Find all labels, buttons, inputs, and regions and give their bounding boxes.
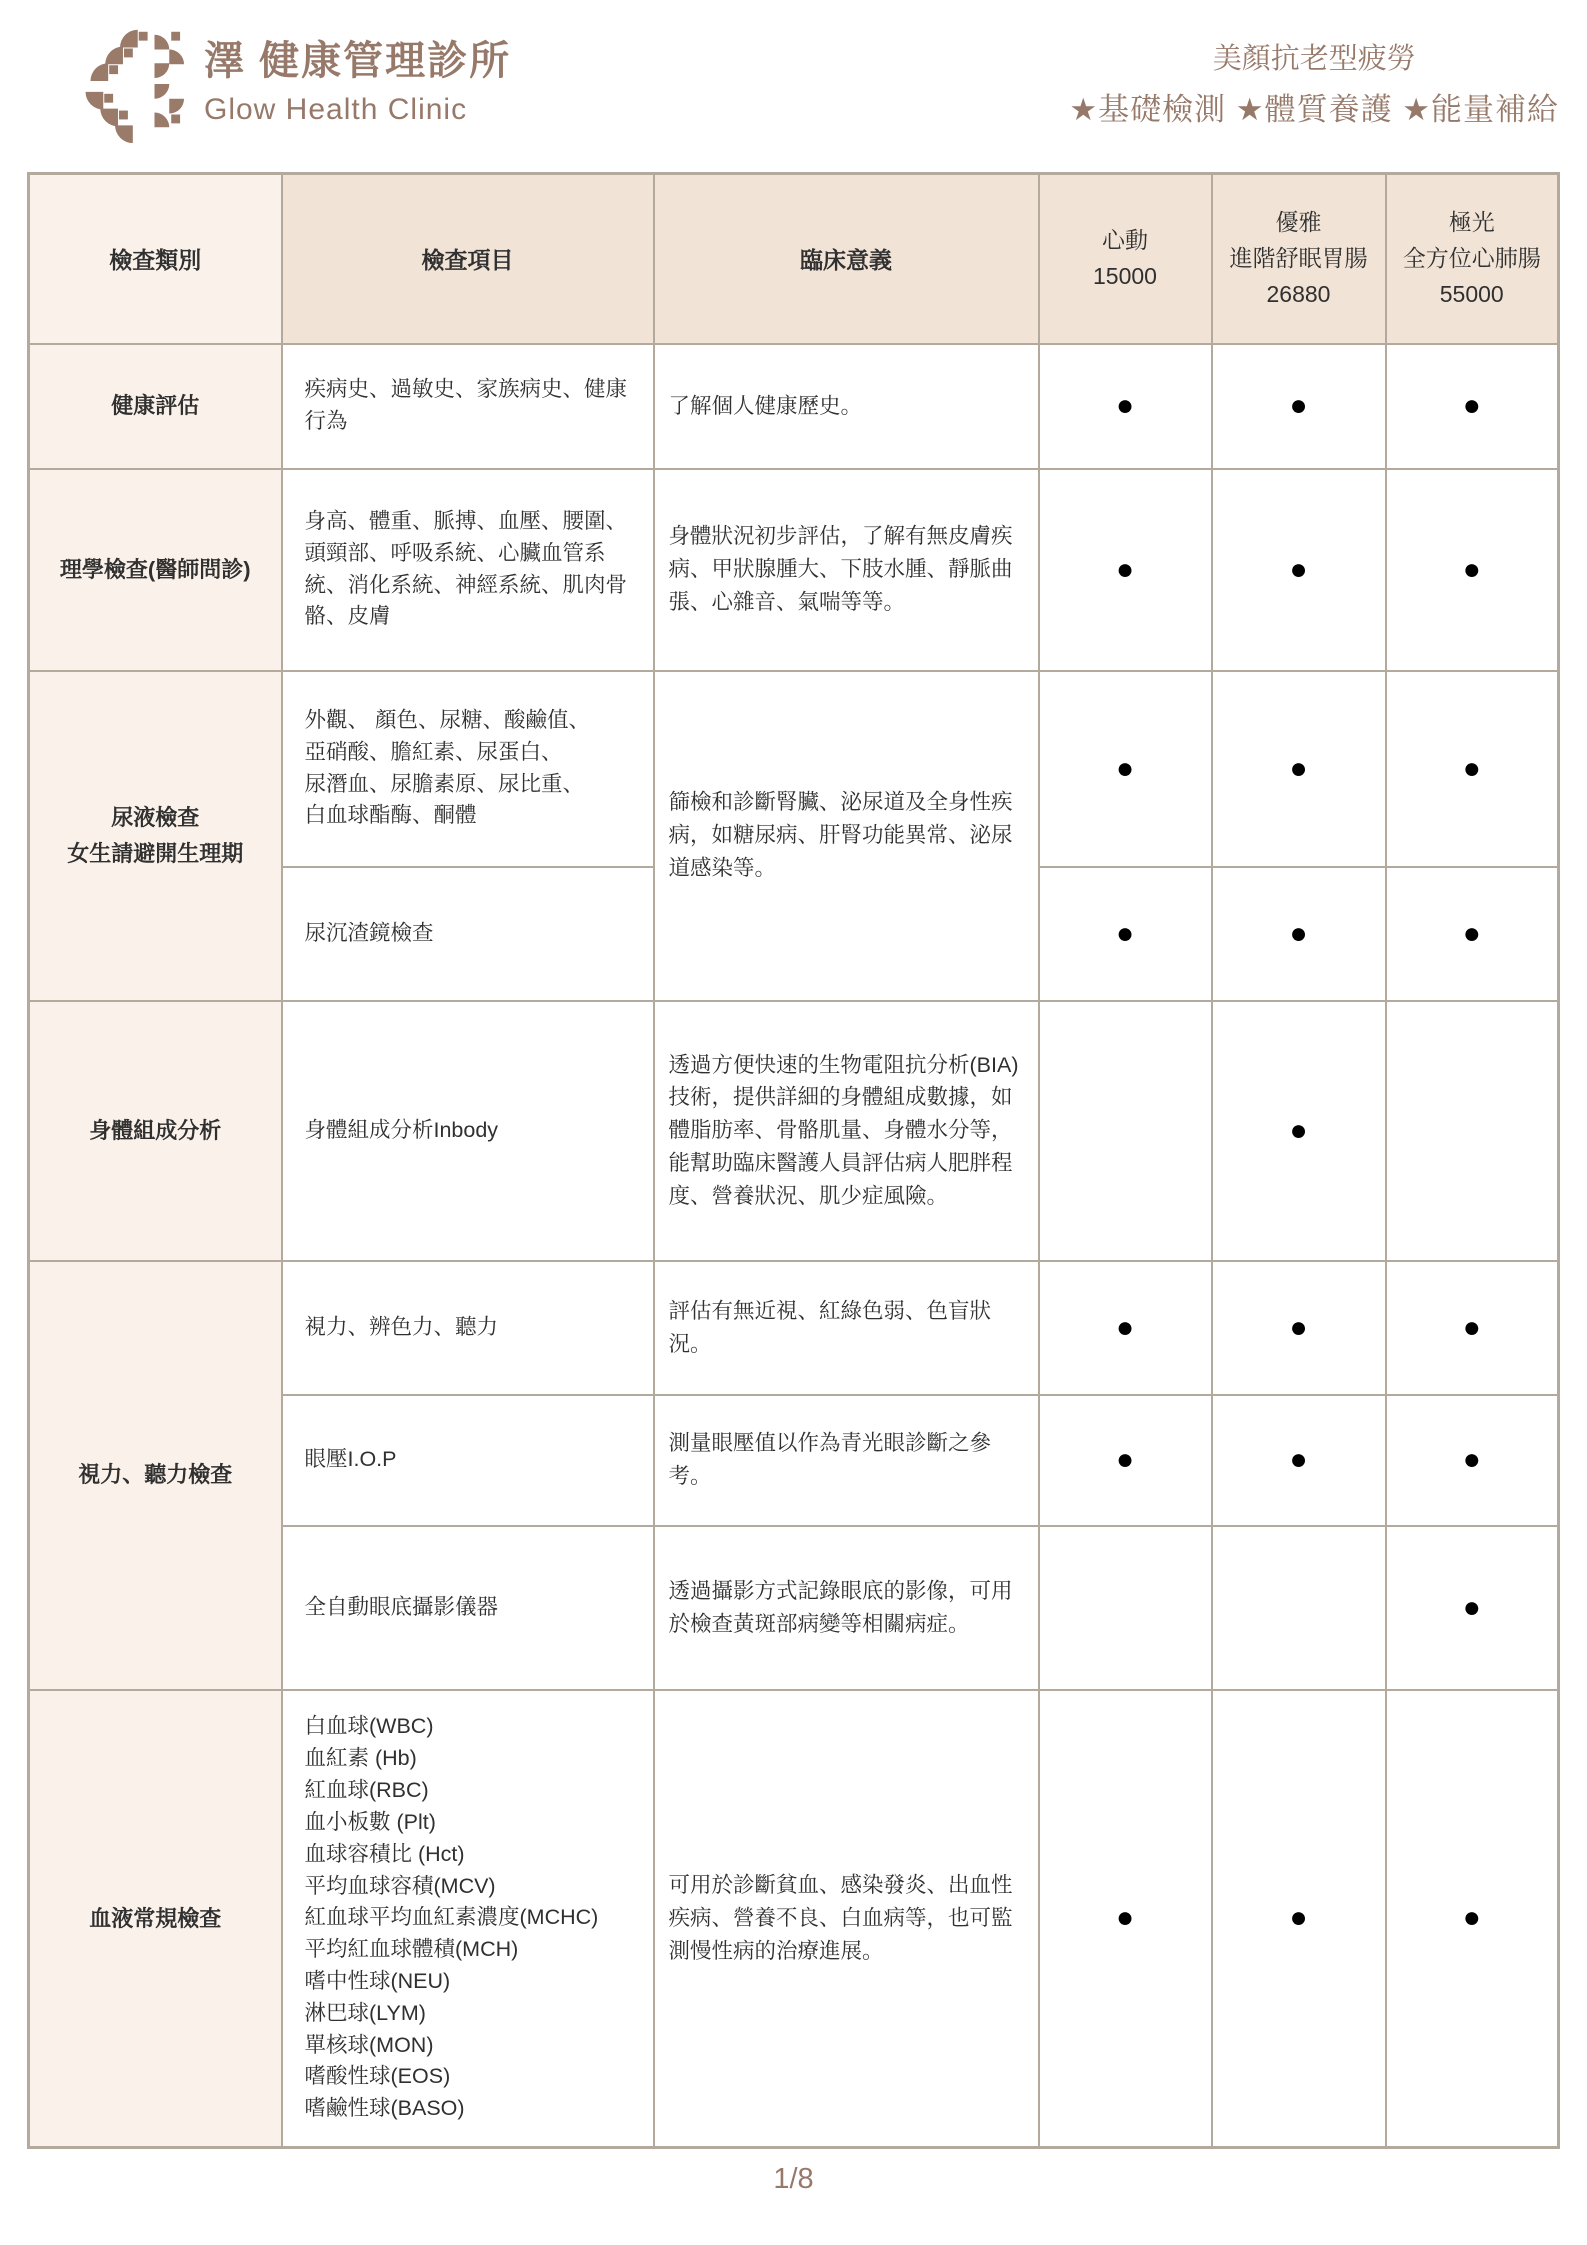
plan-3-mark-cell: ●: [1386, 1261, 1559, 1395]
checkup-comparison-table: 檢查類別 檢查項目 臨床意義 心動 15000 優雅 進階舒眠胃腸 26880 …: [27, 172, 1560, 2149]
header-plan-1: 心動 15000: [1039, 174, 1212, 344]
plan-2-mark-cell: ●: [1212, 1001, 1386, 1261]
category-cell: 尿液檢查 女生請避開生理期: [29, 671, 282, 1001]
header-item: 檢查項目: [282, 174, 654, 344]
plan-2-mark-cell: [1212, 1526, 1386, 1690]
plan-1-mark-cell: ●: [1039, 671, 1212, 867]
item-cell: 白血球(WBC) 血紅素 (Hb) 紅血球(RBC) 血小板數 (Plt) 血球…: [282, 1690, 654, 2148]
plan-1-name: 心動: [1052, 223, 1199, 259]
plan-1-mark-cell: [1039, 1526, 1212, 1690]
page-header: 澤 健康管理診所 Glow Health Clinic 美顏抗老型疲勞 ★基礎檢…: [0, 0, 1587, 172]
plan-3-mark-cell: ●: [1386, 1395, 1559, 1526]
plan-2-mark-cell: ●: [1212, 1261, 1386, 1395]
plan-3-mark-cell: ●: [1386, 469, 1559, 671]
meaning-cell: 了解個人健康歷史。: [654, 344, 1039, 469]
plan-2-price: 26880: [1225, 277, 1373, 313]
plan-3-mark-cell: ●: [1386, 1526, 1559, 1690]
plan-title: 美顏抗老型疲勞: [1069, 40, 1559, 79]
category-cell: 理學檢查(醫師問診): [29, 469, 282, 671]
item-cell: 身體組成分析Inbody: [282, 1001, 654, 1261]
category-cell: 健康評估: [29, 344, 282, 469]
plan-header-block: 美顏抗老型疲勞 ★基礎檢測 ★體質養護 ★能量補給: [1069, 40, 1559, 131]
plan-1-mark-cell: ●: [1039, 1690, 1212, 2148]
page-number: 1/8: [0, 2163, 1587, 2196]
plan-2-mark-cell: ●: [1212, 344, 1386, 469]
table-row: 尿液檢查 女生請避開生理期 外觀、 顏色、尿糖、酸鹼值、 亞硝酸、膽紅素、尿蛋白…: [29, 671, 1559, 867]
clinic-brand: 澤 健康管理診所 Glow Health Clinic: [56, 16, 511, 148]
category-cell: 視力、聽力檢查: [29, 1261, 282, 1690]
header-plan-2: 優雅 進階舒眠胃腸 26880: [1212, 174, 1386, 344]
header-plan-3: 極光 全方位心肺腸 55000: [1386, 174, 1559, 344]
table-row: 視力、聽力檢查 視力、辨色力、聽力 評估有無近視、紅綠色弱、色盲狀況。 ● ● …: [29, 1261, 1559, 1395]
plan-1-mark-cell: ●: [1039, 1261, 1212, 1395]
plan-3-mark-cell: ●: [1386, 671, 1559, 867]
header-meaning: 臨床意義: [654, 174, 1039, 344]
meaning-cell: 測量眼壓值以作為青光眼診斷之參考。: [654, 1395, 1039, 1526]
document-page: 澤 健康管理診所 Glow Health Clinic 美顏抗老型疲勞 ★基礎檢…: [0, 0, 1587, 2245]
plan-2-mark-cell: ●: [1212, 671, 1386, 867]
item-cell: 尿沉渣鏡檢查: [282, 867, 654, 1001]
category-cell: 身體組成分析: [29, 1001, 282, 1261]
plan-2-name: 優雅: [1225, 205, 1373, 241]
item-cell: 視力、辨色力、聽力: [282, 1261, 654, 1395]
clinic-name-zh: 澤 健康管理診所: [204, 37, 511, 85]
plan-2-mark-cell: ●: [1212, 867, 1386, 1001]
plan-3-mark-cell: ●: [1386, 867, 1559, 1001]
table-header-row: 檢查類別 檢查項目 臨床意義 心動 15000 優雅 進階舒眠胃腸 26880 …: [29, 174, 1559, 344]
plan-3-name: 極光: [1399, 205, 1546, 241]
plan-2-mark-cell: ●: [1212, 1395, 1386, 1526]
item-cell: 身高、體重、脈搏、血壓、腰圍、頭頸部、呼吸系統、心臟血管系統、消化系統、神經系統…: [282, 469, 654, 671]
table-row: 血液常規檢查 白血球(WBC) 血紅素 (Hb) 紅血球(RBC) 血小板數 (…: [29, 1690, 1559, 2148]
category-cell: 血液常規檢查: [29, 1690, 282, 2148]
plan-2-mark-cell: ●: [1212, 469, 1386, 671]
plan-1-mark-cell: ●: [1039, 867, 1212, 1001]
clinic-name-en: Glow Health Clinic: [204, 93, 511, 127]
meaning-cell: 可用於診斷貧血、感染發炎、出血性疾病、營養不良、白血病等，也可監測慢性病的治療進…: [654, 1690, 1039, 2148]
plan-3-price: 55000: [1399, 277, 1546, 313]
table-row: 理學檢查(醫師問診) 身高、體重、脈搏、血壓、腰圍、頭頸部、呼吸系統、心臟血管系…: [29, 469, 1559, 671]
table-row: 身體組成分析 身體組成分析Inbody 透過方便快速的生物電阻抗分析(BIA)技…: [29, 1001, 1559, 1261]
item-cell: 外觀、 顏色、尿糖、酸鹼值、 亞硝酸、膽紅素、尿蛋白、 尿潛血、尿膽素原、尿比重…: [282, 671, 654, 867]
plan-features: ★基礎檢測 ★體質養護 ★能量補給: [1069, 89, 1559, 131]
clinic-logo-icon: [56, 16, 186, 148]
meaning-cell: 透過攝影方式記錄眼底的影像，可用於檢查黃斑部病變等相關病症。: [654, 1526, 1039, 1690]
plan-1-mark-cell: ●: [1039, 1395, 1212, 1526]
header-category: 檢查類別: [29, 174, 282, 344]
plan-1-price: 15000: [1052, 259, 1199, 295]
item-cell: 疾病史、過敏史、家族病史、健康行為: [282, 344, 654, 469]
plan-1-mark-cell: [1039, 1001, 1212, 1261]
meaning-cell: 身體狀況初步評估，了解有無皮膚疾病、甲狀腺腫大、下肢水腫、靜脈曲張、心雜音、氣喘…: [654, 469, 1039, 671]
plan-2-subtitle: 進階舒眠胃腸: [1225, 241, 1373, 277]
plan-3-mark-cell: ●: [1386, 1690, 1559, 2148]
plan-3-mark-cell: [1386, 1001, 1559, 1261]
meaning-cell: 篩檢和診斷腎臟、泌尿道及全身性疾病，如糖尿病、肝腎功能異常、泌尿道感染等。: [654, 671, 1039, 1001]
table-row: 健康評估 疾病史、過敏史、家族病史、健康行為 了解個人健康歷史。 ● ● ●: [29, 344, 1559, 469]
plan-2-mark-cell: ●: [1212, 1690, 1386, 2148]
meaning-cell: 透過方便快速的生物電阻抗分析(BIA)技術，提供詳細的身體組成數據，如體脂肪率、…: [654, 1001, 1039, 1261]
plan-1-mark-cell: ●: [1039, 469, 1212, 671]
item-cell: 全自動眼底攝影儀器: [282, 1526, 654, 1690]
item-cell: 眼壓I.O.P: [282, 1395, 654, 1526]
meaning-cell: 評估有無近視、紅綠色弱、色盲狀況。: [654, 1261, 1039, 1395]
clinic-name-block: 澤 健康管理診所 Glow Health Clinic: [204, 37, 511, 127]
plan-3-subtitle: 全方位心肺腸: [1399, 241, 1546, 277]
plan-3-mark-cell: ●: [1386, 344, 1559, 469]
plan-1-mark-cell: ●: [1039, 344, 1212, 469]
